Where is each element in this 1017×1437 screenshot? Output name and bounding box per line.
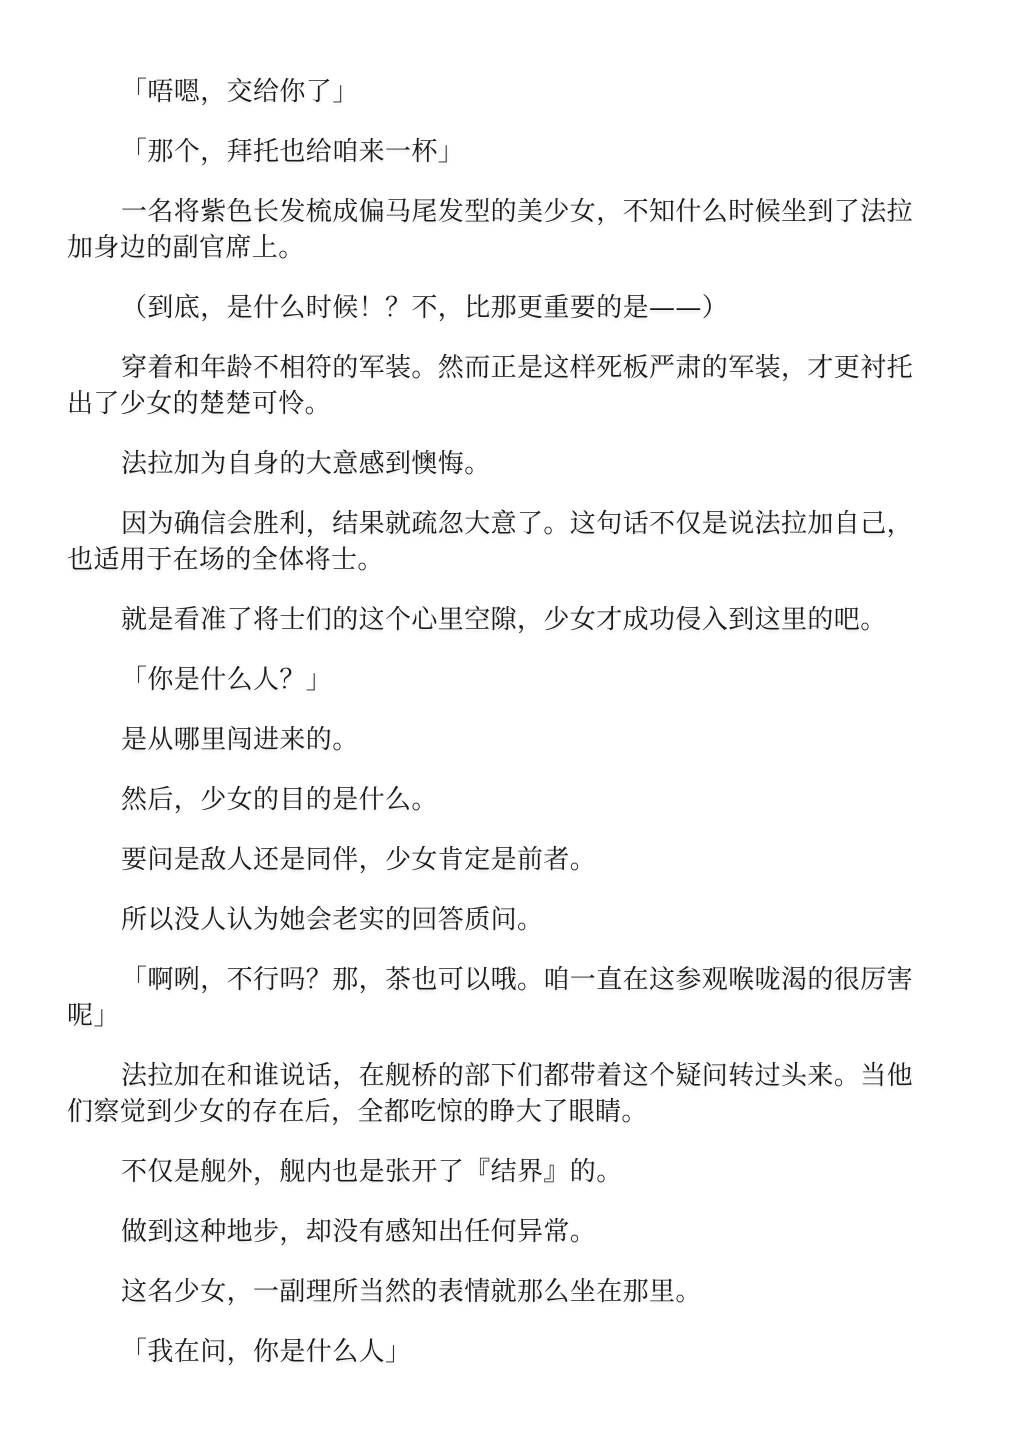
paragraph-narration: 就是看准了将士们的这个心里空隙，少女才成功侵入到这里的吧。: [67, 602, 937, 638]
paragraph-dialog: 「那个，拜托也给咱来一杯」: [67, 134, 937, 170]
paragraph-dialog: 「你是什么人？」: [67, 662, 937, 698]
paragraph-thought: （到底，是什么时候！？不，比那更重要的是——）: [67, 290, 937, 326]
paragraph-narration: 不仅是舰外，舰内也是张开了『结界』的。: [67, 1154, 937, 1190]
paragraph-narration: 然后，少女的目的是什么。: [67, 782, 937, 818]
paragraph-dialog: 「唔嗯，交给你了」: [67, 74, 937, 110]
paragraph-narration: 法拉加为自身的大意感到懊悔。: [67, 446, 937, 482]
paragraph-narration: 因为确信会胜利，结果就疏忽大意了。这句话不仅是说法拉加自己，也适用于在场的全体将…: [67, 506, 937, 578]
paragraph-narration: 一名将紫色长发梳成偏马尾发型的美少女，不知什么时候坐到了法拉加身边的副官席上。: [67, 194, 937, 266]
paragraph-narration: 要问是敌人还是同伴，少女肯定是前者。: [67, 842, 937, 878]
paragraph-narration: 穿着和年龄不相符的军装。然而正是这样死板严肃的军装，才更衬托出了少女的楚楚可怜。: [67, 350, 937, 422]
paragraph-narration: 做到这种地步，却没有感知出任何异常。: [67, 1214, 937, 1250]
document-page: 「唔嗯，交给你了」 「那个，拜托也给咱来一杯」 一名将紫色长发梳成偏马尾发型的美…: [67, 74, 937, 1394]
paragraph-narration: 这名少女，一副理所当然的表情就那么坐在那里。: [67, 1274, 937, 1310]
paragraph-dialog: 「啊咧，不行吗？那，茶也可以哦。咱一直在这参观喉咙渴的很厉害呢」: [67, 962, 937, 1034]
paragraph-narration: 是从哪里闯进来的。: [67, 722, 937, 758]
paragraph-narration: 法拉加在和谁说话，在舰桥的部下们都带着这个疑问转过头来。当他们察觉到少女的存在后…: [67, 1058, 937, 1130]
paragraph-dialog: 「我在问，你是什么人」: [67, 1334, 937, 1370]
paragraph-narration: 所以没人认为她会老实的回答质问。: [67, 902, 937, 938]
